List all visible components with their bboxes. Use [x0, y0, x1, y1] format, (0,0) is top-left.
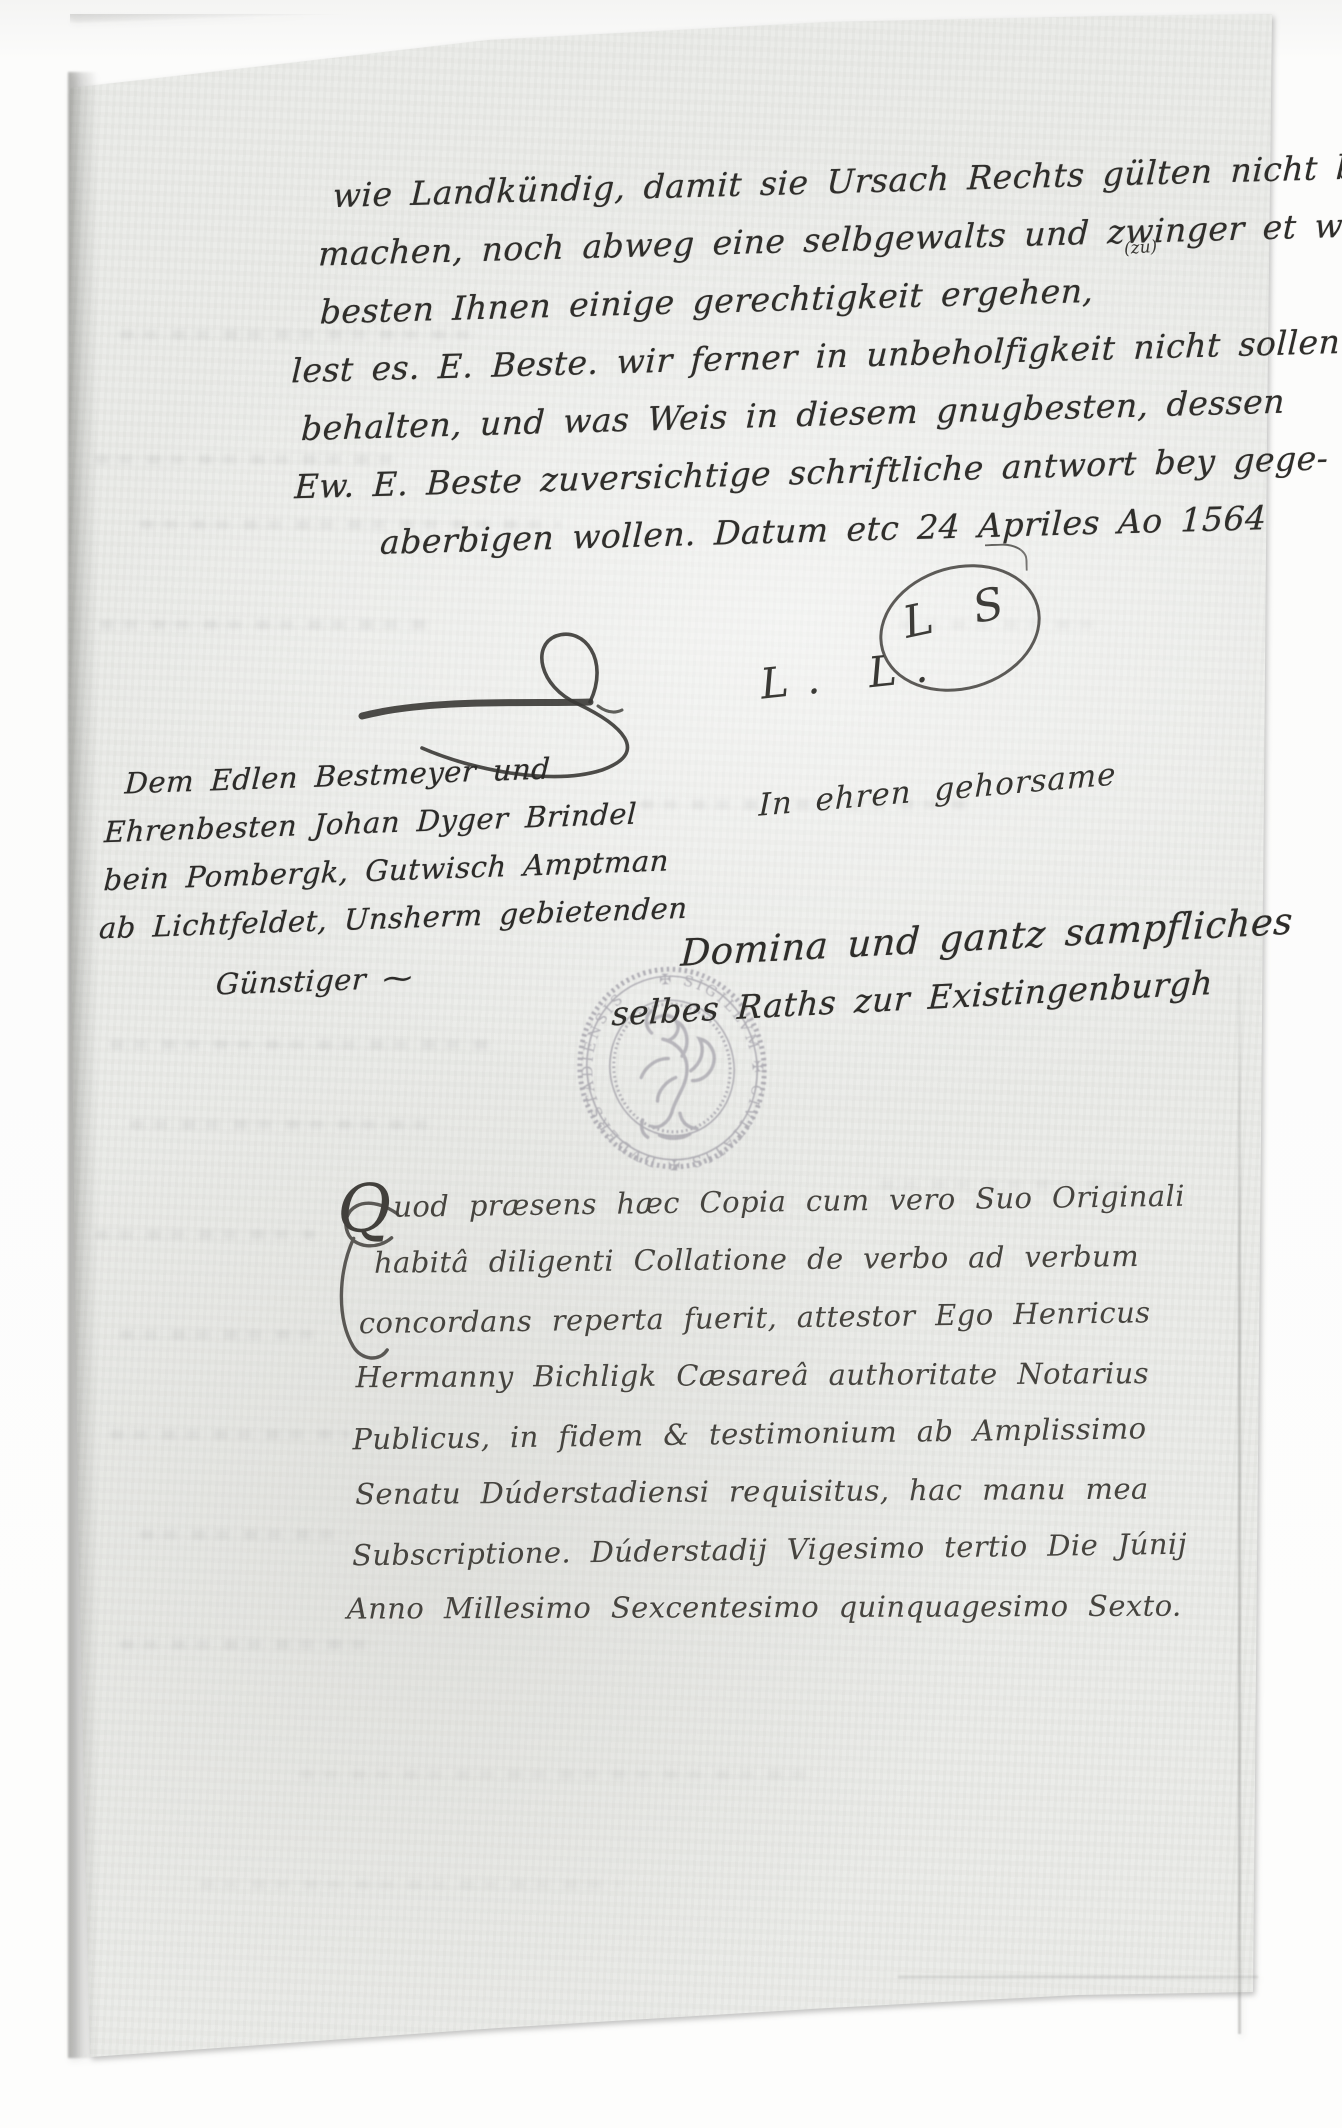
latin-line: Hermanny Bichligk Cæsareâ authoritate No…: [355, 1343, 1279, 1406]
latin-line: Subscriptione. Dúderstadij Vigesimo tert…: [352, 1513, 1283, 1584]
latin-line: Anno Millesimo Sexcentesimo quinquagesim…: [347, 1576, 1283, 1637]
paper-crease-bottom: [898, 1976, 1258, 1978]
page-gutter-shadow: [68, 72, 98, 2058]
german-letter-block: wie Landkündig, damit sie Ursach Rechts …: [283, 140, 1290, 574]
latin-line: habitâ diligenti Collatione de verbo ad …: [374, 1226, 1278, 1292]
latin-line: Quod præsens hæc Copia cum vero Suo Orig…: [337, 1165, 1278, 1236]
latin-attestation-block: Quod præsens hæc Copia cum vero Suo Orig…: [337, 1165, 1283, 1642]
latin-line-text: uod præsens hæc Copia cum vero Suo Origi…: [393, 1179, 1185, 1224]
latin-line: Publicus, in fidem & testimonium ab Ampl…: [352, 1397, 1281, 1468]
scan-background: wie Landkündig, damit sie Ursach Rechts …: [0, 0, 1342, 2128]
interlinear-insertion: (zu): [1123, 237, 1157, 259]
latin-line: Senatu Dúderstadiensi requisitus, hac ma…: [355, 1459, 1281, 1523]
latin-line: concordans reperta fuerit, attestor Ego …: [358, 1281, 1279, 1352]
